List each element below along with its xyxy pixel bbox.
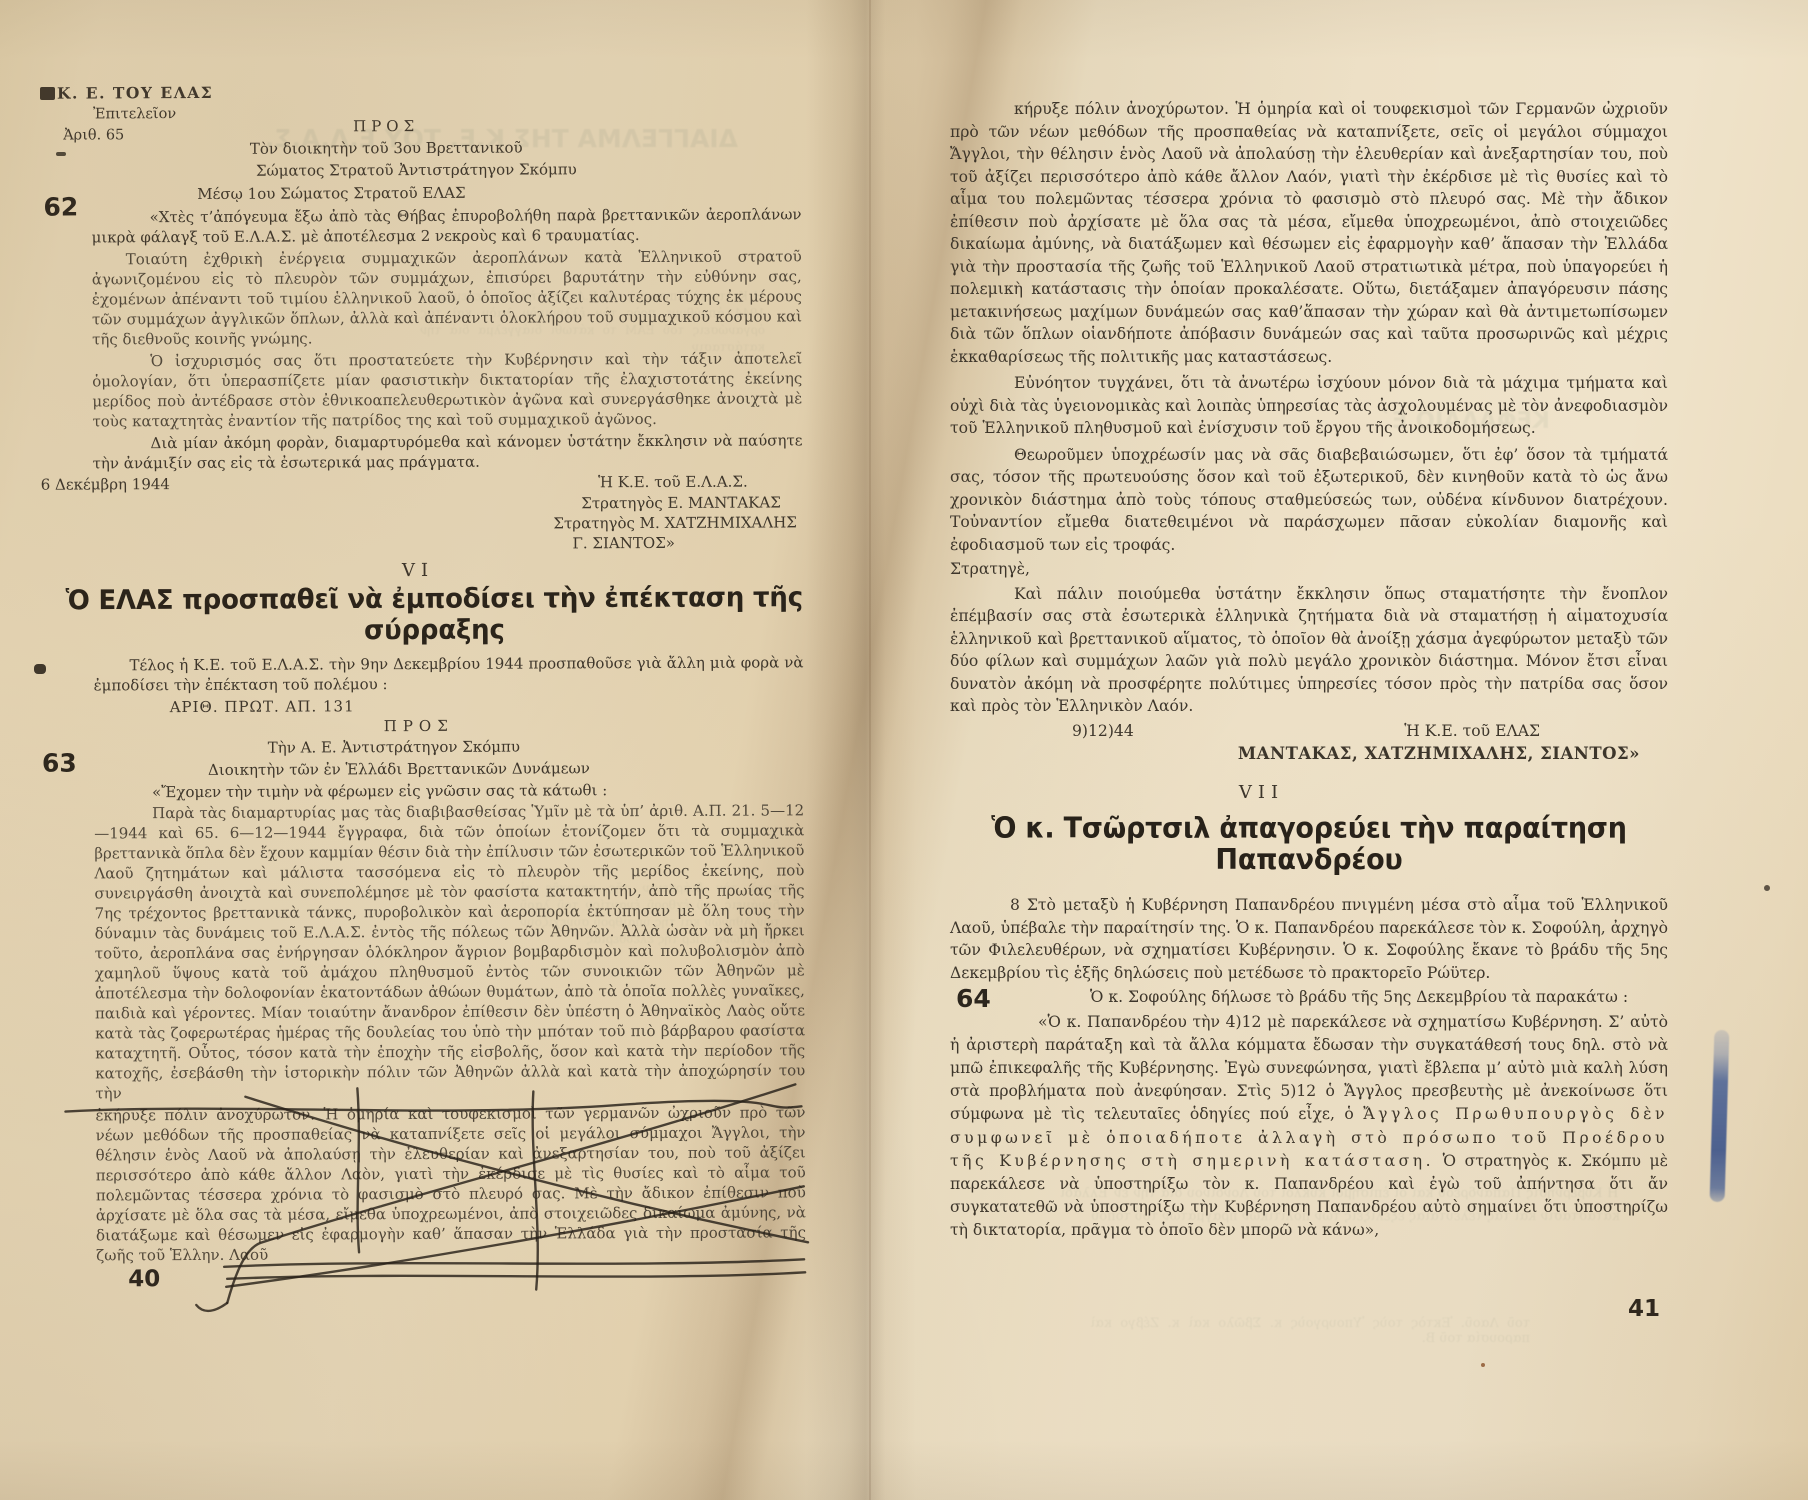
section-vi-intro: Τέλος ἡ Κ.Ε. τοῦ Ε.Λ.Α.Σ. τὴν 9ην Δεκεμβ… — [93, 652, 803, 695]
doc63-address-1: Τὴν Α. Ε. Ἀντιστράτηγον Σκόμπυ — [94, 735, 804, 758]
letterhead: Κ. Ε. ΤΟΥ ΕΛΑΣ Ἐπιτελεῖον Ἀριθ. 65 — [35, 83, 265, 146]
doc62-address-3: Μέσῳ 1ου Σώματος Στρατοῦ ΕΛΑΣ — [91, 181, 801, 204]
doc62-address-2: Σώματος Στρατοῦ Ἀντιστράτηγον Σκόμπυ — [91, 158, 801, 181]
doc62-paragraph-3: Ὁ ἰσχυρισμός σας ὅτι προστατεύετε τὴν Κυ… — [92, 348, 802, 431]
section-vii-numeral: VII — [950, 782, 1668, 805]
page-number-41: 41 — [1628, 1298, 1660, 1321]
struck-paragraph-wrap: ἐκήρυξε πόλιν ἀνοχύρωτον. Ἡ ὁμηρία καὶ τ… — [95, 1102, 806, 1265]
doc63-to: ΠΡΟΣ — [94, 714, 804, 737]
section-vii-paragraph-2: Ὁ κ. Σοφούλης δήλωσε τὸ βράδυ τῆς 5ης Δε… — [950, 986, 1668, 1009]
item-number-62: 62 — [43, 197, 78, 217]
section-vi-title: Ὁ ΕΛΑΣ προσπαθεῖ νὰ ἐμποδίσει τὴν ἐπέκτα… — [65, 582, 803, 648]
doc63-cont-paragraph-4: Καὶ πάλιν ποιούμεθα ὑστάτην ἔκκλησιν ὅπω… — [950, 583, 1668, 718]
letterhead-dept: Ἐπιτελεῖον — [35, 104, 265, 125]
page-number-40: 40 — [128, 1269, 160, 1289]
section-vii-title: Ὁ κ. Τσῶρτσιλ ἀπαγορεύει τὴν παραίτηση Π… — [950, 814, 1668, 876]
book-spread: ΔΙΑΓΓΕΛΜΑ ΤΗΣ Κ.Ε. ΤΟΥ Ε.Λ.Α.Σ. Ἡ Κεντρι… — [0, 0, 1808, 1500]
doc62-paragraph-1: «Χτὲς τ’ἀπόγευμα ἔξω ἀπὸ τὰς Θήβας ἐπυρο… — [91, 204, 801, 247]
ink-blot — [40, 87, 55, 100]
doc63-cont-paragraph-2: Εὐνόητον τυγχάνει, ὅτι τὰ ἀνωτέρω ἰσχύου… — [950, 372, 1668, 440]
page-fold-line — [869, 0, 871, 1500]
blue-margin-mark — [1710, 1030, 1730, 1202]
doc63-cont-paragraph-3: Θεωροῦμεν ὑποχρέωσίν μας νὰ σᾶς διαβεβαι… — [950, 444, 1668, 557]
paper-speck — [1481, 1363, 1485, 1367]
doc63-paragraph-3-crossed-out: ἐκήρυξε πόλιν ἀνοχύρωτον. Ἡ ὁμηρία καὶ τ… — [95, 1102, 806, 1265]
ink-blob — [34, 664, 46, 674]
section-vi-protocol: ΑΡΙΘ. ΠΡΩΤ. ΑΠ. 131 — [170, 694, 804, 717]
page-gutter-shadow — [806, 0, 916, 1500]
ink-dash — [56, 152, 66, 156]
section-vii-paragraph-1: 8 Στὸ μεταξὺ ἡ Κυβέρνηση Παπανδρέου πνιγ… — [950, 894, 1668, 984]
item-number-64: 64 — [956, 988, 991, 1011]
section-vi-numeral: VI — [93, 559, 803, 582]
page-right: κήρυξε πόλιν ἀνοχύρωτον. Ἡ ὁμηρία καὶ οἱ… — [950, 88, 1668, 1468]
sofoulis-quote: «Ὁ κ. Παπανδρέου τὴν 4)12 μὲ παρεκάλεσε … — [950, 1011, 1668, 1243]
doc62-signatory-2: Στρατηγὸς Μ. ΧΑΤΖΗΜΙΧΑΛΗΣ — [93, 512, 797, 535]
ink-speck — [1764, 885, 1770, 891]
doc62-signatory-3: Γ. ΣΙΑΝΤΟΣ» — [93, 533, 675, 556]
doc62-org-signature: Ἡ Κ.Ε. τοῦ Ε.Λ.Α.Σ. — [598, 472, 748, 493]
page-left: Κ. Ε. ΤΟΥ ΕΛΑΣ Ἐπιτελεῖον Ἀριθ. 65 62 63… — [27, 78, 813, 1481]
doc63-paragraph-2: Παρὰ τὰς διαμαρτυρίας μας τὰς διαβιβασθε… — [94, 800, 805, 1103]
doc63-org-signature: Ἡ Κ.Ε. τοῦ ΕΛΑΣ — [1404, 720, 1540, 743]
letterhead-ref: Ἀριθ. 65 — [35, 125, 265, 146]
doc63-signatories: ΜΑΝΤΑΚΑΣ, ΧΑΤΖΗΜΙΧΑΛΗΣ, ΣΙΑΝΤΟΣ» — [950, 743, 1668, 766]
letterhead-org: Κ. Ε. ΤΟΥ ΕΛΑΣ — [35, 83, 265, 104]
doc63-salutation: Στρατηγὲ, — [950, 558, 1668, 581]
doc63-cont-paragraph-1: κήρυξε πόλιν ἀνοχύρωτον. Ἡ ὁμηρία καὶ οἱ… — [950, 98, 1668, 368]
doc62-paragraph-2: Τοιαύτη ἐχθρικὴ ἐνέργεια συμμαχικῶν ἀερο… — [92, 246, 802, 349]
doc63-address-2: Διοικητὴν τῶν ἐν Ἑλλάδι Βρεττανικῶν Δυνά… — [94, 757, 804, 780]
doc62-paragraph-4: Διὰ μίαν ἀκόμη φορὰν, διαμαρτυρόμεθα καὶ… — [92, 430, 802, 473]
doc62-date: 6 Δεκέμβρη 1944 — [41, 474, 170, 495]
doc63-date: 9)12)44 — [1072, 720, 1134, 743]
item-number-63: 63 — [42, 753, 77, 773]
doc63-paragraph-1: «Ἔχομεν τὴν τιμὴν νὰ φέρωμεν εἰς γνῶσιν … — [94, 779, 804, 802]
